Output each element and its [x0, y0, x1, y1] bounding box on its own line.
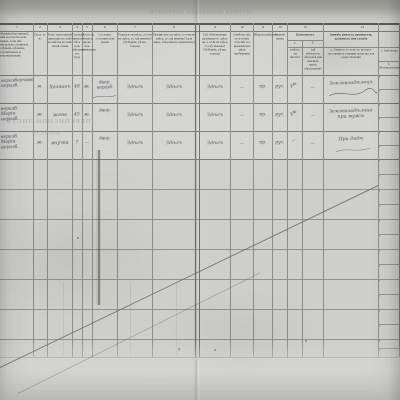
underline-flourish-row1-estate [93, 95, 116, 98]
census-form-scan: ПЕРВАЯ ВСЕОБЩАЯ ПЕРЕПИСЬ ПЕРЕПИСНОЙ ЛИСТ… [0, 0, 400, 400]
handwriting-flourishes [0, 0, 400, 400]
underline-flourish-row3 [336, 148, 370, 152]
signature-flourish-row1 [329, 88, 377, 96]
